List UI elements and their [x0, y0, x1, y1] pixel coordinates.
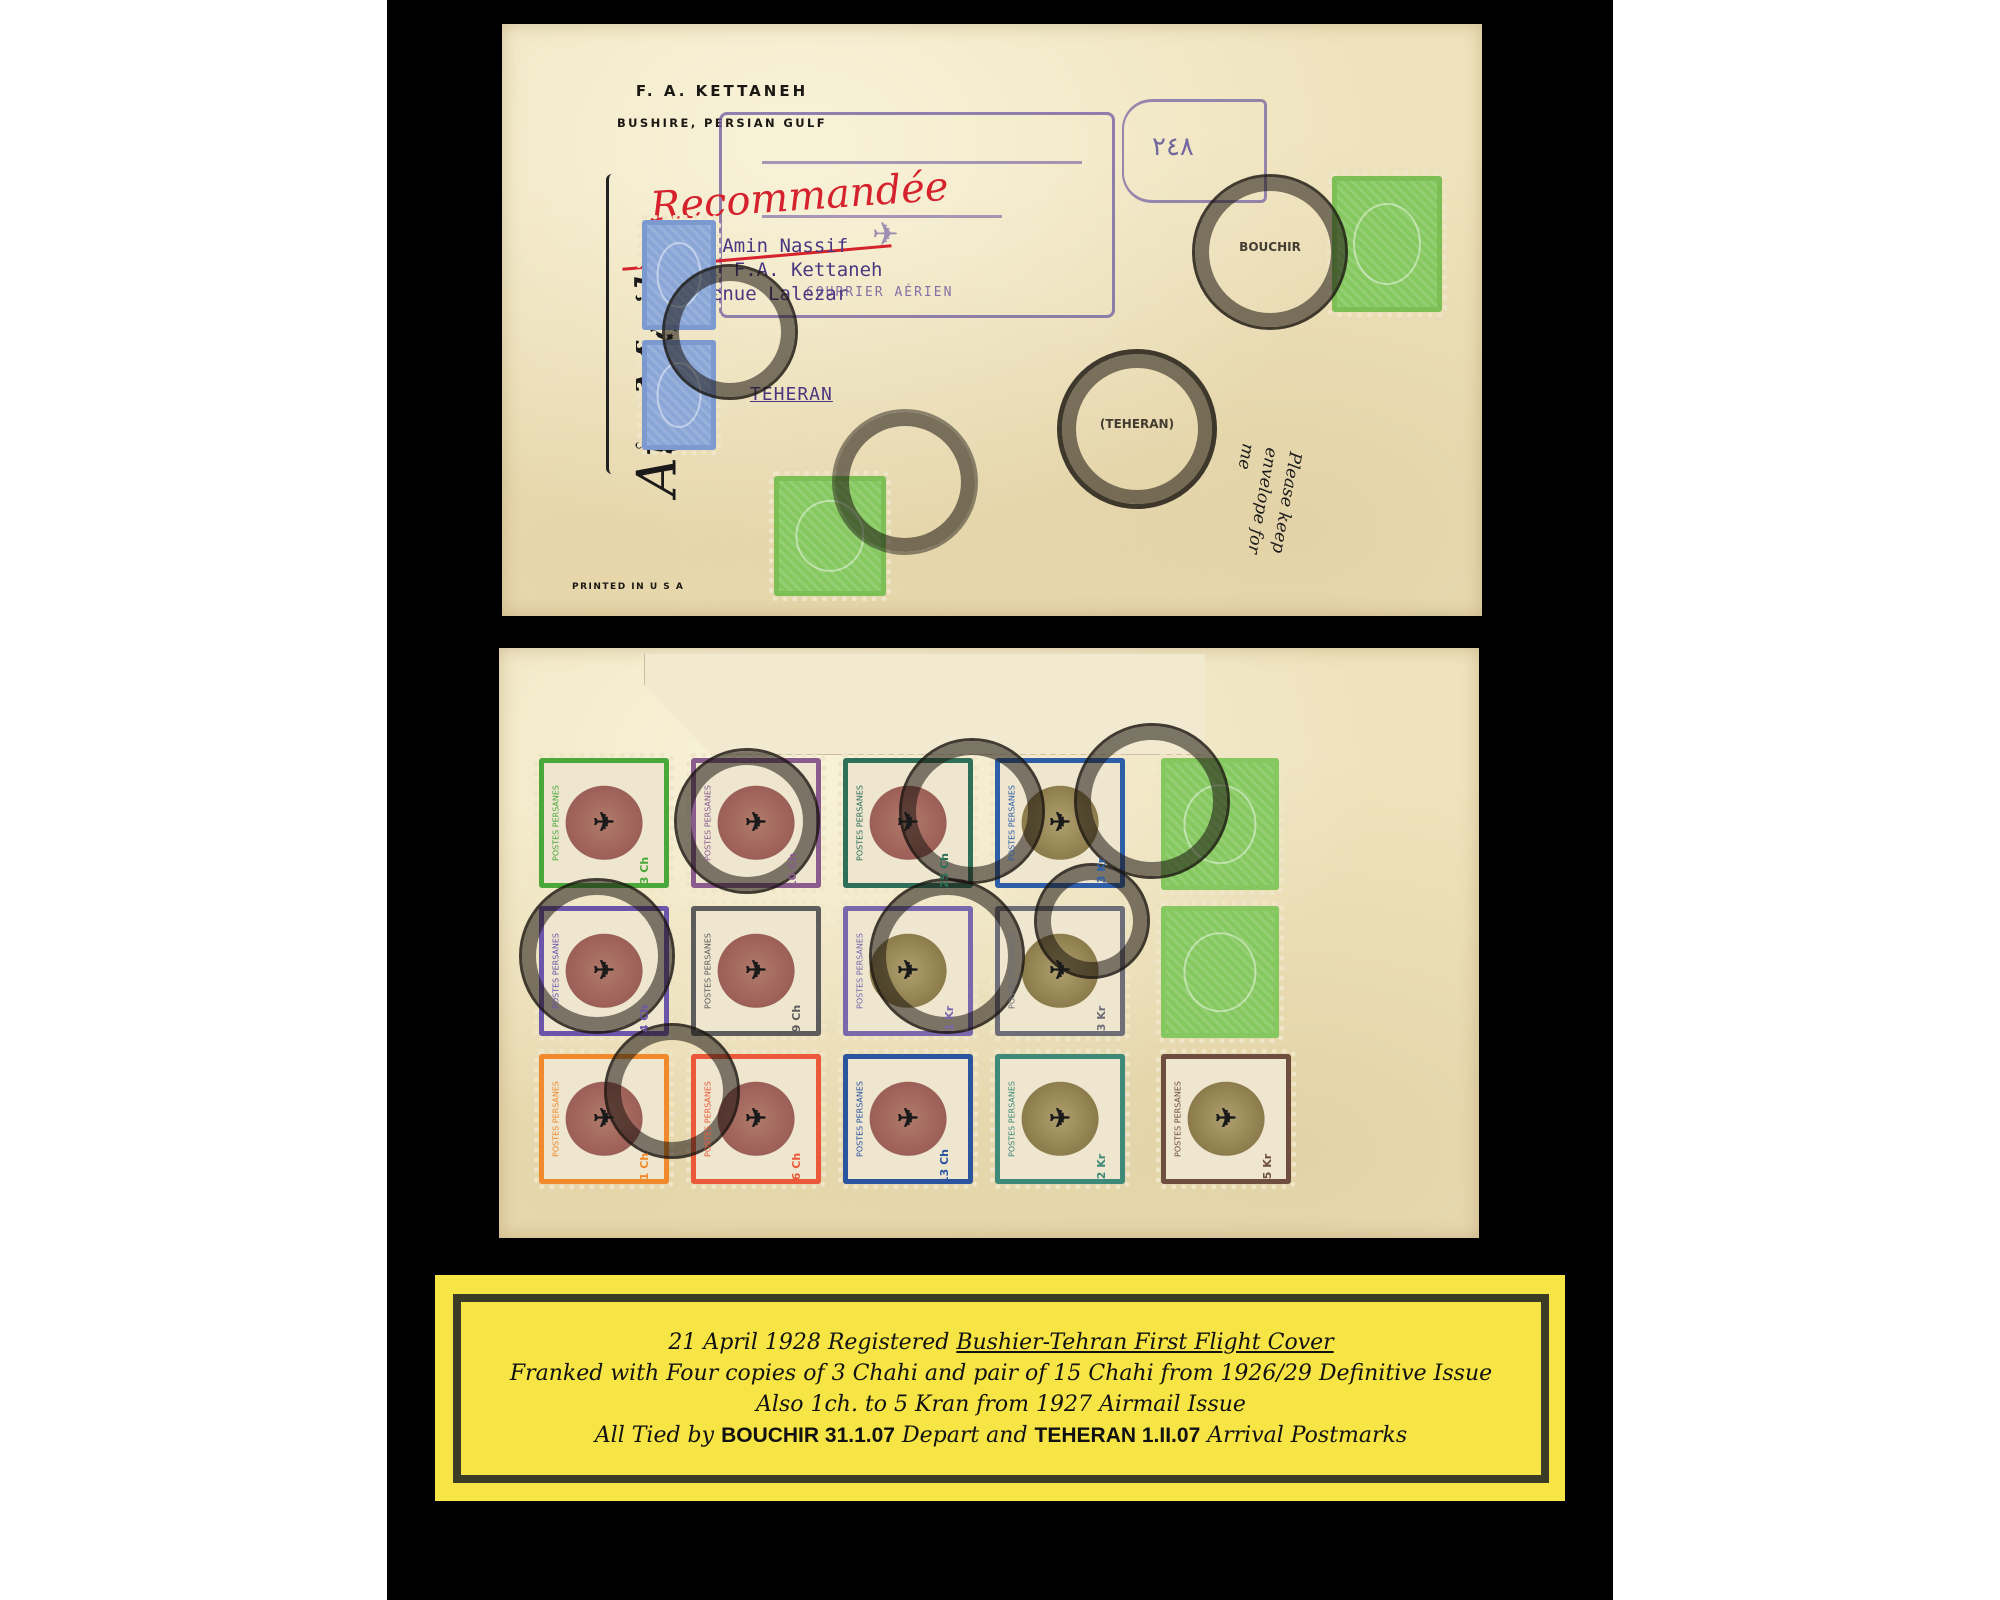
airplane-overprint-icon: ✈: [897, 956, 919, 986]
back-postmark: [899, 738, 1045, 884]
stamp-inscription: POSTES PERSANES: [704, 785, 713, 861]
airplane-overprint-icon: ✈: [1049, 808, 1071, 838]
stamp-value: 10 Ch: [786, 853, 799, 888]
label-title-prefix: 21 April 1928 Registered: [668, 1330, 956, 1355]
airmail-bracket: [606, 174, 617, 474]
stamp-value: 13 Ch: [938, 1149, 951, 1184]
stamp-inscription: POSTES PERSANES: [856, 933, 865, 1009]
bouchir-date: BOUCHIR 31.1.07: [721, 1424, 895, 1447]
stamp-3-ch: [1161, 906, 1279, 1038]
airplane-overprint-icon: ✈: [1215, 1104, 1237, 1134]
back-postmark: [1074, 723, 1230, 879]
stamp-5-kr: POSTES PERSANES✈5 Kr: [1161, 1054, 1291, 1184]
stamp-9-ch: POSTES PERSANES✈9 Ch: [691, 906, 821, 1036]
stamp-value: 3 Kr: [1095, 1006, 1108, 1031]
cover-back: POSTES PERSANES✈3 ChPOSTES PERSANES✈10 C…: [499, 648, 1479, 1238]
stamp-value: 1 Ch: [638, 1153, 651, 1180]
teheran-postmark: (TEHERAN): [1057, 349, 1217, 509]
postmark-text: BOUCHIR: [1195, 240, 1345, 254]
label-text: Depart and: [895, 1423, 1035, 1448]
stamp-inscription: POSTES PERSANES: [552, 785, 561, 861]
exhibit-description-label: 21 April 1928 Registered Bushier-Tehran …: [435, 1275, 1565, 1501]
label-title-route: Bushier-Tehran First Flight Cover: [956, 1330, 1333, 1355]
stamp-inscription: POSTES PERSANES: [552, 1081, 561, 1157]
cover-front: F. A. KETTANEH BUSHIRE, PERSIAN GULF Air…: [502, 24, 1482, 616]
registration-number: ٢٤٨: [1152, 132, 1194, 162]
stamp-13-ch: POSTES PERSANES✈13 Ch: [843, 1054, 973, 1184]
airplane-overprint-icon: ✈: [745, 808, 767, 838]
bouchir-postmark: BOUCHIR: [1192, 174, 1348, 330]
handwritten-note: Please keep envelope for me: [1217, 441, 1307, 559]
sender-name: F. A. KETTANEH: [592, 82, 852, 100]
airplane-overprint-icon: ✈: [745, 956, 767, 986]
label-postmarks: All Tied by BOUCHIR 31.1.07 Depart and T…: [595, 1423, 1407, 1448]
transit-postmark: [662, 264, 798, 400]
stamp-inscription: POSTES PERSANES: [552, 933, 561, 1009]
label-airmail-issue: Also 1ch. to 5 Kran from 1927 Airmail Is…: [756, 1392, 1246, 1417]
printer-imprint: PRINTED IN U S A: [572, 582, 684, 592]
stamp-value: 1 Kr: [943, 1006, 956, 1031]
cachet-rule: [762, 161, 1082, 164]
stamp-inscription: POSTES PERSANES: [704, 1081, 713, 1157]
label-frame: 21 April 1928 Registered Bushier-Tehran …: [453, 1294, 1549, 1483]
airplane-overprint-icon: ✈: [745, 1104, 767, 1134]
stamp-value: 4 Ch: [638, 1005, 651, 1032]
teheran-date: TEHERAN 1.II.07: [1035, 1424, 1201, 1447]
airplane-overprint-icon: ✈: [593, 808, 615, 838]
stamp-inscription: POSTES PERSANES: [704, 933, 713, 1009]
stamp-inscription: POSTES PERSANES: [856, 785, 865, 861]
stamp-inscription: POSTES PERSANES: [1008, 933, 1017, 1009]
airplane-overprint-icon: ✈: [1049, 956, 1071, 986]
label-text: Arrival Postmarks: [1200, 1423, 1407, 1448]
airplane-overprint-icon: ✈: [1049, 1104, 1071, 1134]
stamp-value: 2 Kr: [1095, 1154, 1108, 1179]
stamp-value: 6 Ch: [790, 1153, 803, 1180]
airplane-overprint-icon: ✈: [897, 1104, 919, 1134]
stamp-inscription: POSTES PERSANES: [1174, 1081, 1183, 1157]
label-franking: Franked with Four copies of 3 Chahi and …: [510, 1361, 1492, 1386]
stamp-value: 9 Ch: [790, 1005, 803, 1032]
back-postmark: [604, 1023, 740, 1159]
stamp-inscription: POSTES PERSANES: [856, 1081, 865, 1157]
stamp-2-kr: POSTES PERSANES✈2 Kr: [995, 1054, 1125, 1184]
stamp-3-chahi-front-right: [1332, 176, 1442, 312]
label-text: All Tied by: [595, 1423, 721, 1448]
stamp-value: 5 Kr: [1261, 1154, 1274, 1179]
stamp-3-ch: POSTES PERSANES✈3 Ch: [539, 758, 669, 888]
airplane-overprint-icon: ✈: [593, 956, 615, 986]
stamp-inscription: POSTES PERSANES: [1008, 785, 1017, 861]
stamp-inscription: POSTES PERSANES: [1008, 1081, 1017, 1157]
faint-postmark: [832, 409, 978, 555]
postmark-text: (TEHERAN): [1062, 417, 1212, 431]
label-title: 21 April 1928 Registered Bushier-Tehran …: [668, 1330, 1333, 1355]
stamp-value: 25 Ch: [938, 853, 951, 888]
stamp-value: 3 Ch: [638, 857, 651, 884]
stamp-value: 3 Kr: [1095, 858, 1108, 883]
airplane-overprint-icon: ✈: [593, 1104, 615, 1134]
airplane-overprint-icon: ✈: [897, 808, 919, 838]
